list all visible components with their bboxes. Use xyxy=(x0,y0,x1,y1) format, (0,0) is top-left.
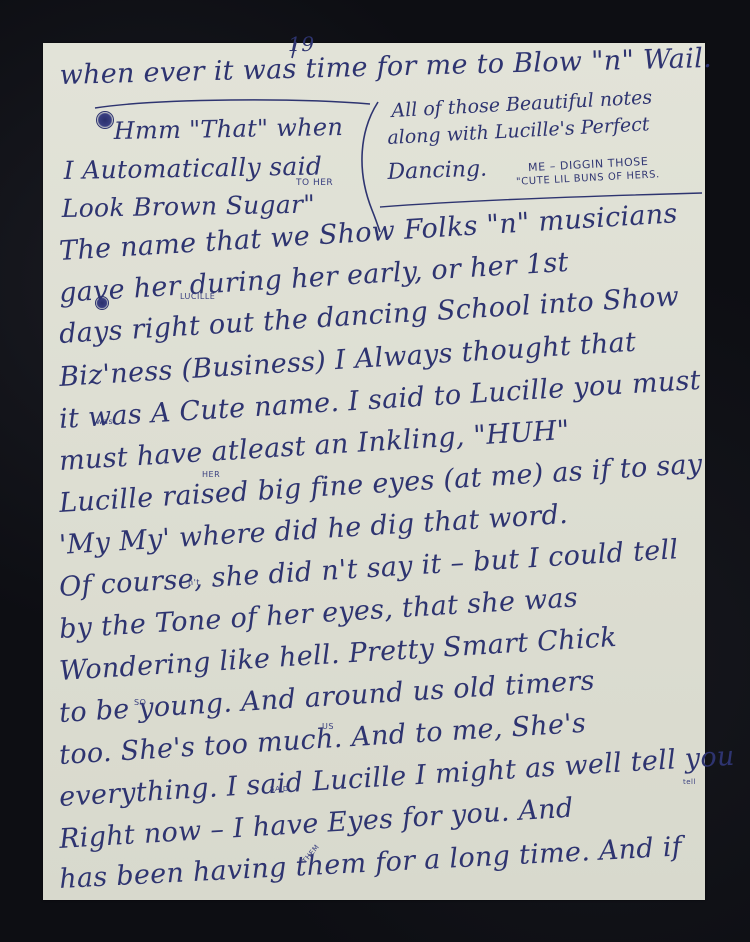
note-her: HER xyxy=(202,470,220,479)
note-nt: n't xyxy=(188,578,200,587)
manuscript-line-2: Hmm "That" when xyxy=(114,115,344,143)
scribble-mark xyxy=(96,111,114,129)
note-said: SAID xyxy=(270,785,289,793)
note-was: was xyxy=(96,417,113,426)
note-to-her: TO HER xyxy=(296,178,333,188)
note-lucille: LUCILLE xyxy=(180,292,215,301)
aside-line-3: Dancing. xyxy=(387,157,487,185)
note-us: US xyxy=(322,722,334,731)
manuscript-line-3: I Automatically said xyxy=(64,153,323,183)
manuscript-line-4: Look Brown Sugar" xyxy=(62,192,316,221)
page-number: 19 xyxy=(288,32,315,56)
note-tell: tell xyxy=(683,778,696,786)
note-so: SO xyxy=(134,698,146,707)
